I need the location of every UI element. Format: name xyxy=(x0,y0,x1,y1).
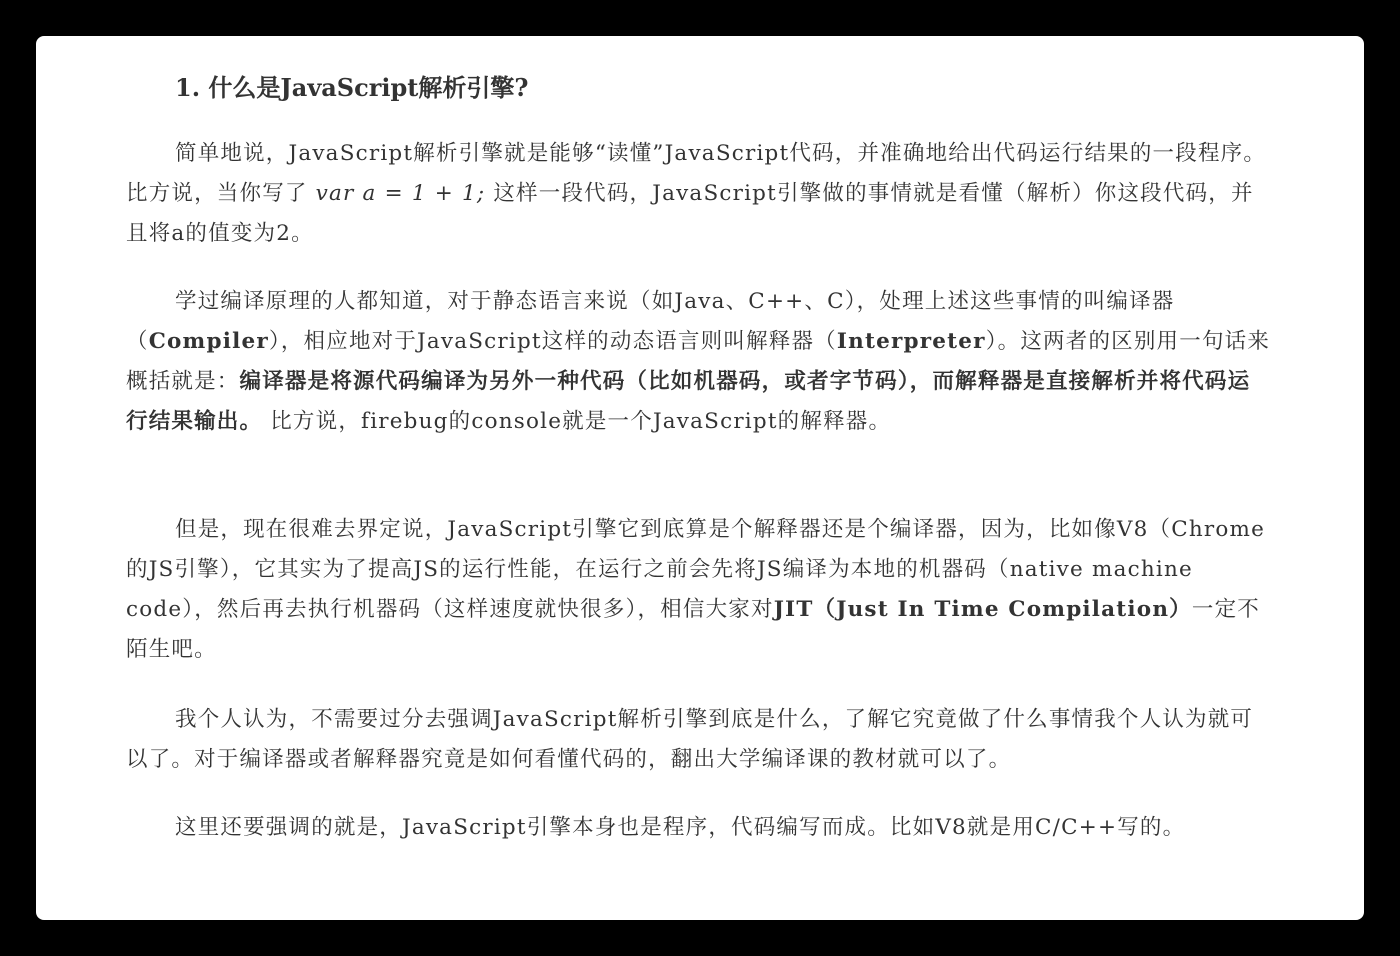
text-segment: 我个人认为，不需要过分去强调JavaScript解析引擎到底是什么，了解它究竟做… xyxy=(126,707,1253,772)
paragraph-personal-opinion: 我个人认为，不需要过分去强调JavaScript解析引擎到底是什么，了解它究竟做… xyxy=(126,700,1271,780)
section-heading: 1. 什么是JavaScript解析引擎? xyxy=(175,68,528,103)
text-segment: ），相应地对于JavaScript这样的动态语言则叫解释器（ xyxy=(269,329,837,354)
paragraph-v8-jit: 但是，现在很难去界定说，JavaScript引擎它到底算是个解释器还是个编译器，… xyxy=(126,510,1271,670)
document-card: 1. 什么是JavaScript解析引擎? 简单地说，JavaScript解析引… xyxy=(36,36,1364,920)
paragraph-engine-is-program: 这里还要强调的就是，JavaScript引擎本身也是程序，代码编写而成。比如V8… xyxy=(126,808,1271,848)
code-example: var a = 1 + 1; xyxy=(316,181,486,206)
term-jit: JIT（Just In Time Compilation） xyxy=(774,597,1192,622)
term-interpreter: Interpreter xyxy=(837,329,986,354)
paragraph-compiler-vs-interpreter: 学过编译原理的人都知道，对于静态语言来说（如Java、C++、C），处理上述这些… xyxy=(126,282,1271,442)
text-segment: 这里还要强调的就是，JavaScript引擎本身也是程序，代码编写而成。比如V8… xyxy=(175,815,1185,840)
paragraph-what-is-engine: 简单地说，JavaScript解析引擎就是能够“读懂”JavaScript代码，… xyxy=(126,134,1271,254)
text-segment: 比方说，firebug的console就是一个JavaScript的解释器。 xyxy=(262,409,891,434)
term-compiler: Compiler xyxy=(149,329,269,354)
